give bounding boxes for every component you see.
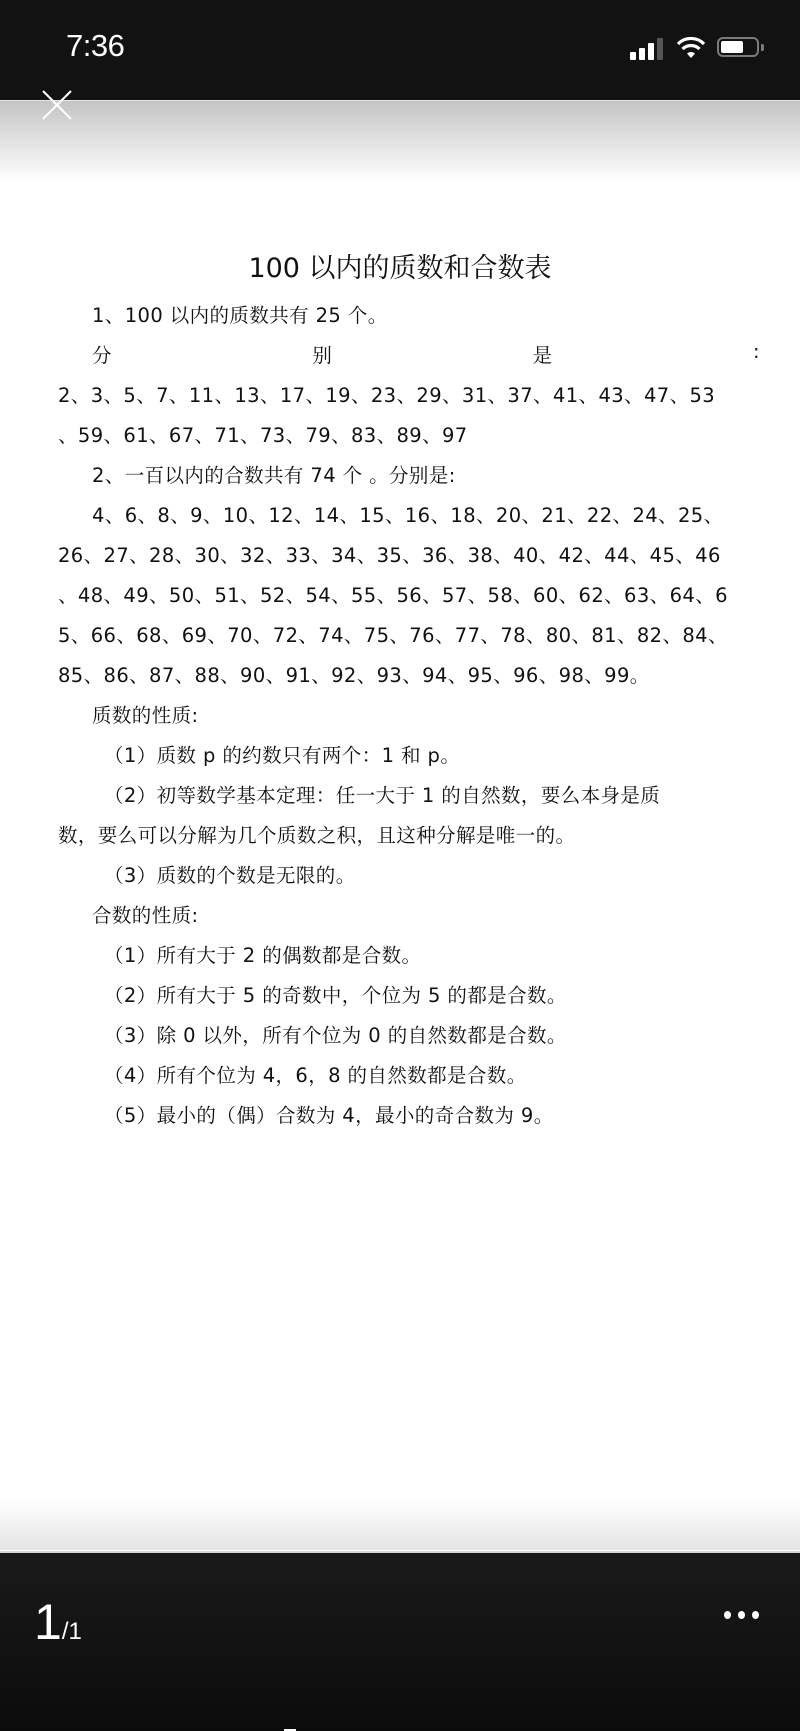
composites-list-line: 85、86、87、88、90、91、92、93、94、95、96、98、99。 bbox=[58, 660, 772, 688]
primes-heading: 1、100 以内的质数共有 25 个。 bbox=[92, 300, 800, 328]
prime-property-item: （2）初等数学基本定理：任一大于 1 的自然数，要么本身是质 bbox=[104, 780, 800, 808]
close-icon[interactable] bbox=[40, 88, 74, 122]
status-bar: 7:36 bbox=[0, 0, 800, 100]
composite-properties-heading: 合数的性质: bbox=[92, 900, 800, 928]
cellular-signal-icon bbox=[630, 38, 668, 60]
composites-heading: 2、一百以内的合数共有 74 个 。分别是: bbox=[92, 460, 800, 488]
battery-tip bbox=[761, 44, 764, 51]
primes-list-line: 2、3、5、7、11、13、17、19、23、29、31、37、41、43、47… bbox=[58, 380, 772, 408]
bottom-toolbar: 1/1 bbox=[0, 1551, 800, 1731]
composites-list-line: 4、6、8、9、10、12、14、15、16、18、20、21、22、24、25… bbox=[92, 500, 800, 528]
page-indicator: 1/1 bbox=[34, 1593, 82, 1651]
prime-property-item: （3）质数的个数是无限的。 bbox=[104, 860, 800, 888]
battery-icon bbox=[717, 37, 759, 57]
viewer-bottom-shadow bbox=[0, 1500, 800, 1550]
status-time: 7:36 bbox=[66, 28, 124, 64]
prime-property-item: （1）质数 p 的约数只有两个：1 和 p。 bbox=[104, 740, 800, 768]
prime-properties-heading: 质数的性质: bbox=[92, 700, 800, 728]
document-title: 100 以内的质数和合数表 bbox=[0, 246, 800, 285]
wifi-icon bbox=[676, 36, 706, 60]
primes-intro-char: 分 bbox=[92, 340, 112, 368]
primes-intro-char: : bbox=[753, 340, 760, 368]
battery-level bbox=[721, 41, 743, 53]
page-current: 1 bbox=[34, 1594, 62, 1650]
more-icon[interactable] bbox=[722, 1605, 762, 1625]
primes-intro-char: 别 bbox=[312, 340, 332, 368]
primes-list-line: 、59、61、67、71、73、79、83、89、97 bbox=[58, 420, 772, 448]
composite-property-item: （2）所有大于 5 的奇数中，个位为 5 的都是合数。 bbox=[104, 980, 800, 1008]
viewer-top-shadow bbox=[0, 100, 800, 181]
composites-list-line: 26、27、28、30、32、33、34、35、36、38、40、42、44、4… bbox=[58, 540, 772, 568]
status-icons bbox=[600, 36, 800, 60]
composite-property-item: （4）所有个位为 4，6，8 的自然数都是合数。 bbox=[104, 1060, 800, 1088]
composites-list-line: 5、66、68、69、70、72、74、75、76、77、78、80、81、82… bbox=[58, 620, 772, 648]
primes-intro: 分 别 是 : bbox=[92, 340, 760, 368]
composite-property-item: （1）所有大于 2 的偶数都是合数。 bbox=[104, 940, 800, 968]
composite-property-item: （5）最小的（偶）合数为 4，最小的奇合数为 9。 bbox=[104, 1100, 800, 1128]
composite-property-item: （3）除 0 以外，所有个位为 0 的自然数都是合数。 bbox=[104, 1020, 800, 1048]
prime-property-item-continued: 数，要么可以分解为几个质数之积，且这种分解是唯一的。 bbox=[58, 820, 772, 848]
composites-list-line: 、48、49、50、51、52、54、55、56、57、58、60、62、63、… bbox=[58, 580, 772, 608]
primes-intro-char: 是 bbox=[533, 340, 553, 368]
page-total: /1 bbox=[62, 1618, 82, 1645]
